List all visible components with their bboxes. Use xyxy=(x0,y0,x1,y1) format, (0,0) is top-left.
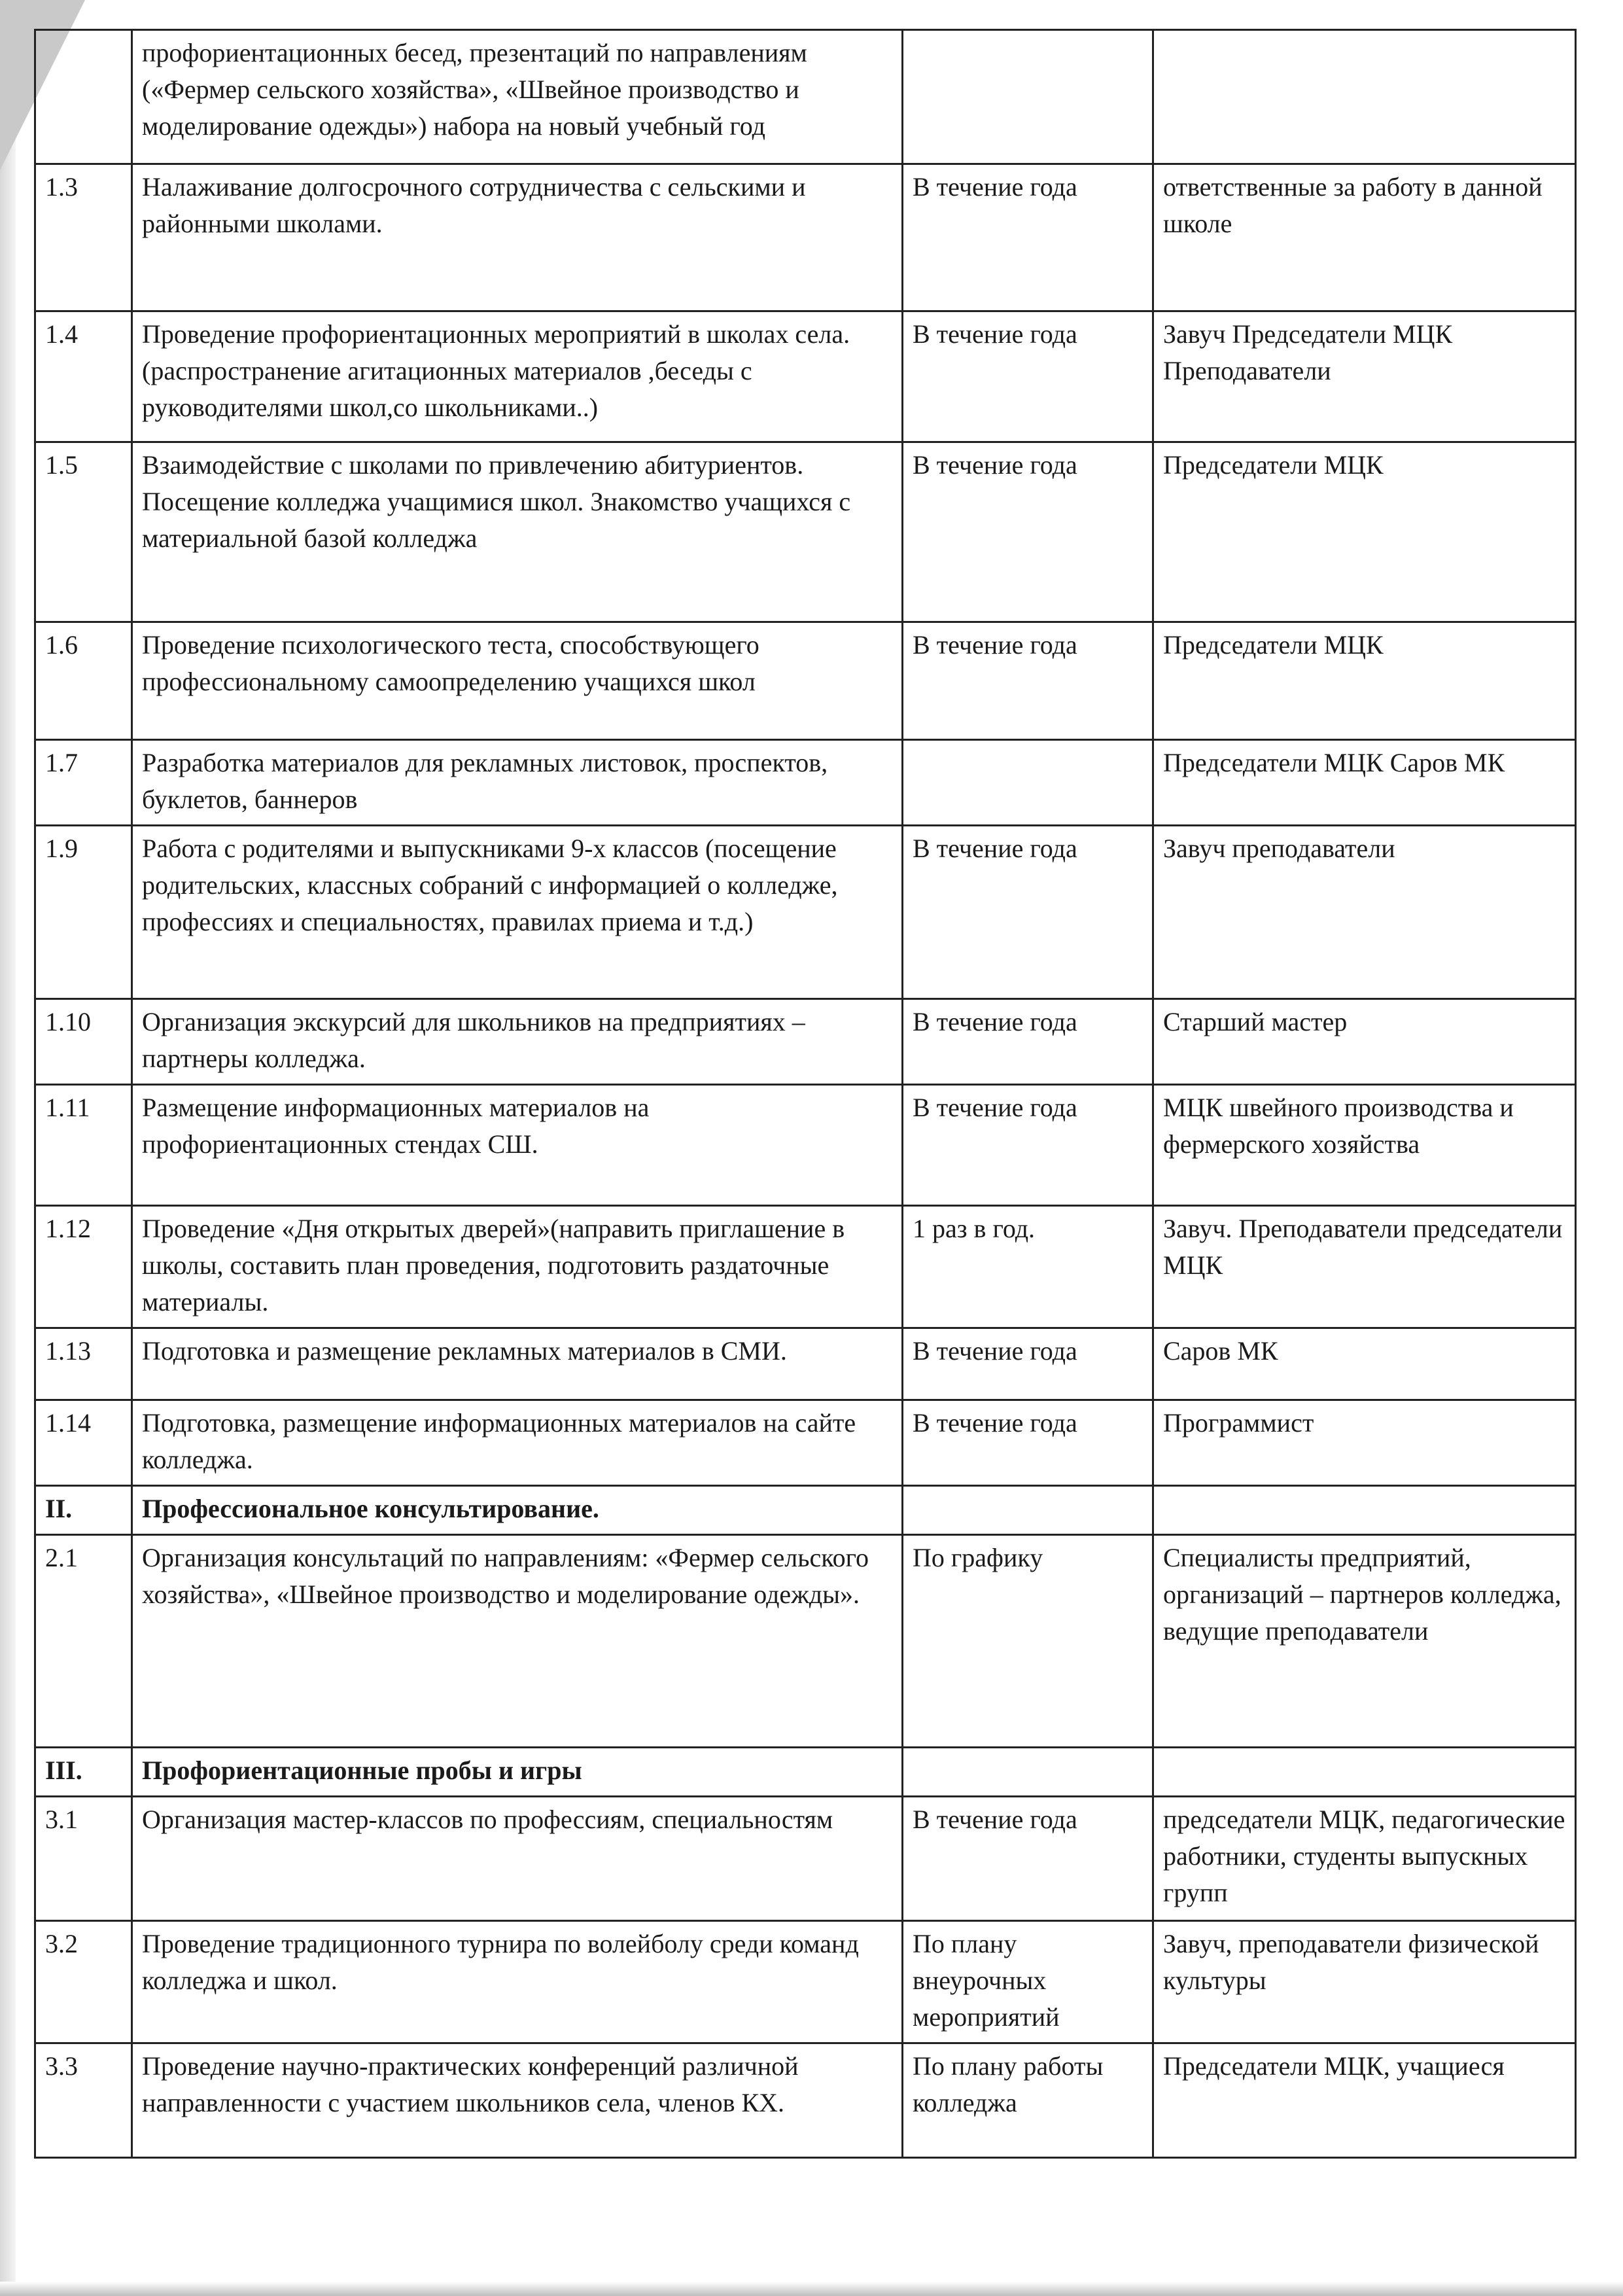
activity-cell: Проведение традиционного турнира по воле… xyxy=(132,1921,903,2043)
term-cell: В течение года xyxy=(903,164,1153,311)
activity-cell: Проведение «Дня открытых дверей»(направи… xyxy=(132,1206,903,1328)
term-cell: По плану работы колледжа xyxy=(903,2043,1153,2158)
activity-cell: Организация экскурсий для школьников на … xyxy=(132,999,903,1085)
activity-cell: Подготовка, размещение информационных ма… xyxy=(132,1400,903,1486)
item-number xyxy=(35,30,132,164)
item-number: 1.11 xyxy=(35,1085,132,1206)
item-number: 3.3 xyxy=(35,2043,132,2158)
responsible-cell: председатели МЦК, педагогические работни… xyxy=(1153,1797,1576,1921)
item-number: 1.6 xyxy=(35,622,132,740)
responsible-cell: Председатели МЦК xyxy=(1153,442,1576,622)
item-number: 1.7 xyxy=(35,740,132,826)
section-title: Профориентационные пробы и игры xyxy=(132,1748,903,1797)
table-row: 1.7 Разработка материалов для рекламных … xyxy=(35,740,1576,826)
table-row: 1.6 Проведение психологического теста, с… xyxy=(35,622,1576,740)
responsible-cell: МЦК швейного производства и фермерского … xyxy=(1153,1085,1576,1206)
term-cell: В течение года xyxy=(903,311,1153,442)
item-number: 1.5 xyxy=(35,442,132,622)
activity-cell: Проведение психологического теста, спосо… xyxy=(132,622,903,740)
plan-table-body: профориентационных бесед, презентаций по… xyxy=(35,30,1576,2158)
table-row: 3.3 Проведение научно-практических конфе… xyxy=(35,2043,1576,2158)
item-number: 1.10 xyxy=(35,999,132,1085)
term-cell: В течение года xyxy=(903,999,1153,1085)
activity-cell: Налаживание долгосрочного сотрудничества… xyxy=(132,164,903,311)
term-cell: В течение года xyxy=(903,1328,1153,1400)
table-row: 1.12 Проведение «Дня открытых дверей»(на… xyxy=(35,1206,1576,1328)
activity-cell: Организация консультаций по направлениям… xyxy=(132,1535,903,1748)
term-cell: В течение года xyxy=(903,1400,1153,1486)
activity-cell: Проведение научно-практических конференц… xyxy=(132,2043,903,2158)
table-row: 1.9 Работа с родителями и выпускниками 9… xyxy=(35,826,1576,999)
scan-edge xyxy=(0,0,16,2296)
responsible-cell: Саров МК xyxy=(1153,1328,1576,1400)
table-row: профориентационных бесед, презентаций по… xyxy=(35,30,1576,164)
item-number: 1.3 xyxy=(35,164,132,311)
responsible-cell: Завуч. Преподаватели председатели МЦК xyxy=(1153,1206,1576,1328)
term-cell: По плану внеурочных мероприятий xyxy=(903,1921,1153,2043)
item-number: 3.2 xyxy=(35,1921,132,2043)
responsible-cell: Председатели МЦК Саров МК xyxy=(1153,740,1576,826)
activity-cell: Взаимодействие с школами по привлечению … xyxy=(132,442,903,622)
responsible-cell: Специалисты предприятий, организаций – п… xyxy=(1153,1535,1576,1748)
term-cell: В течение года xyxy=(903,1085,1153,1206)
responsible-cell: Завуч преподаватели xyxy=(1153,826,1576,999)
item-number: 1.14 xyxy=(35,1400,132,1486)
scan-bottom-edge xyxy=(0,2282,1623,2296)
table-row: 1.5 Взаимодействие с школами по привлече… xyxy=(35,442,1576,622)
item-number: 1.4 xyxy=(35,311,132,442)
activity-cell: Размещение информационных материалов на … xyxy=(132,1085,903,1206)
table-row: 1.3 Налаживание долгосрочного сотрудниче… xyxy=(35,164,1576,311)
section-header-row: II. Профессиональное консультирование. xyxy=(35,1486,1576,1535)
table-row: 1.13 Подготовка и размещение рекламных м… xyxy=(35,1328,1576,1400)
activity-cell: Организация мастер-классов по профессиям… xyxy=(132,1797,903,1921)
table-row: 1.14 Подготовка, размещение информационн… xyxy=(35,1400,1576,1486)
table-row: 3.2 Проведение традиционного турнира по … xyxy=(35,1921,1576,2043)
activity-cell: Разработка материалов для рекламных лист… xyxy=(132,740,903,826)
responsible-cell: Завуч Председатели МЦК Преподаватели xyxy=(1153,311,1576,442)
item-number: II. xyxy=(35,1486,132,1535)
item-number: 1.12 xyxy=(35,1206,132,1328)
table-row: 1.10 Организация экскурсий для школьнико… xyxy=(35,999,1576,1085)
responsible-cell: Программист xyxy=(1153,1400,1576,1486)
term-cell: В течение года xyxy=(903,1797,1153,1921)
term-cell xyxy=(903,1486,1153,1535)
item-number: 2.1 xyxy=(35,1535,132,1748)
term-cell xyxy=(903,1748,1153,1797)
term-cell xyxy=(903,740,1153,826)
table-row: 1.4 Проведение профориентационных меропр… xyxy=(35,311,1576,442)
activity-cell: Работа с родителями и выпускниками 9-х к… xyxy=(132,826,903,999)
item-number: 3.1 xyxy=(35,1797,132,1921)
term-cell: В течение года xyxy=(903,622,1153,740)
term-cell xyxy=(903,30,1153,164)
activity-cell: Подготовка и размещение рекламных матери… xyxy=(132,1328,903,1400)
activity-cell: профориентационных бесед, презентаций по… xyxy=(132,30,903,164)
table-row: 2.1 Организация консультаций по направле… xyxy=(35,1535,1576,1748)
responsible-cell xyxy=(1153,30,1576,164)
responsible-cell xyxy=(1153,1486,1576,1535)
term-cell: 1 раз в год. xyxy=(903,1206,1153,1328)
item-number: III. xyxy=(35,1748,132,1797)
table-row: 1.11 Размещение информационных материало… xyxy=(35,1085,1576,1206)
responsible-cell: ответственные за работу в данной школе xyxy=(1153,164,1576,311)
item-number: 1.9 xyxy=(35,826,132,999)
career-guidance-plan-table: профориентационных бесед, презентаций по… xyxy=(34,29,1577,2159)
table-row: 3.1 Организация мастер-классов по профес… xyxy=(35,1797,1576,1921)
responsible-cell: Завуч, преподаватели физической культуры xyxy=(1153,1921,1576,2043)
term-cell: В течение года xyxy=(903,826,1153,999)
responsible-cell xyxy=(1153,1748,1576,1797)
term-cell: По графику xyxy=(903,1535,1153,1748)
responsible-cell: Председатели МЦК, учащиеся xyxy=(1153,2043,1576,2158)
activity-cell: Проведение профориентационных мероприяти… xyxy=(132,311,903,442)
section-header-row: III. Профориентационные пробы и игры xyxy=(35,1748,1576,1797)
section-title: Профессиональное консультирование. xyxy=(132,1486,903,1535)
term-cell: В течение года xyxy=(903,442,1153,622)
responsible-cell: Председатели МЦК xyxy=(1153,622,1576,740)
item-number: 1.13 xyxy=(35,1328,132,1400)
responsible-cell: Старший мастер xyxy=(1153,999,1576,1085)
